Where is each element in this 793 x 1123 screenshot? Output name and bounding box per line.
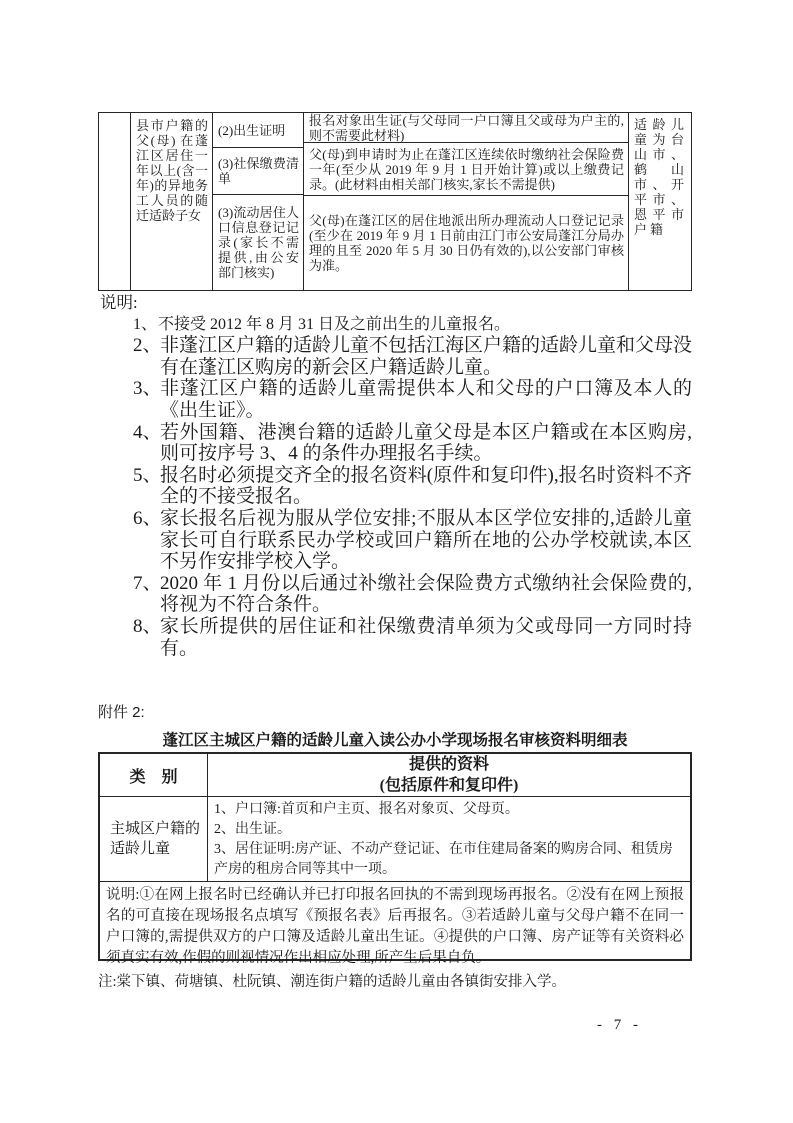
note-item-3: 3、 非蓬江区户籍的适龄儿童需提供本人和父母的户口簿及本人的《出生证》。 xyxy=(133,378,692,421)
material-item-3: 3、居住证明:房产证、不动产登记证、在市住建局备案的购房合同、租赁房产房的租房合… xyxy=(214,840,684,880)
attachment-2-footnote: 注:棠下镇、荷塘镇、杜阮镇、潮连街户籍的适龄儿童由各镇街安排入学。 xyxy=(98,972,692,992)
notes-section: 说明: 1、 不接受 2012 年 8 月 31 日及之前出生的儿童报名。 2、… xyxy=(100,292,692,659)
migrant-children-requirements-table: 县市户籍的父(母) 在蓬江区居住一年以上(含一年)的异地务工人员的随迁适龄子女 … xyxy=(98,112,692,291)
table1-category-cell: 县市户籍的父(母) 在蓬江区居住一年以上(含一年)的异地务工人员的随迁适龄子女 xyxy=(131,113,213,290)
table2-data-row: 主城区户籍的适龄儿童 1、户口簿:首页和户主页、报名对象页、父母页。 2、出生证… xyxy=(100,797,690,882)
attachment-2-label: 附件 2: xyxy=(98,703,692,723)
table2-remark-row: 说明:①在网上报名时已经确认并已打印报名回执的不需到现场再报名。②没有在网上预报… xyxy=(100,882,690,972)
table1-scope-text: 适龄儿童为台山市、鹤山市、开平市、恩平市户籍 xyxy=(634,117,687,237)
table2-category-cell: 主城区户籍的适龄儿童 xyxy=(100,797,208,881)
page-number: - 7 - xyxy=(597,1017,642,1034)
requirement-birth-certificate: 报名对象出生证(与父母同一户口簿且父或母为户主的,则不需要此材料) xyxy=(304,113,628,143)
note-item-5: 5、 报名时必须提交齐全的报名资料(原件和复印件),报名时资料不齐全的不接受报名… xyxy=(133,465,692,508)
table2-header-category: 类 别 xyxy=(100,754,208,796)
material-label-floating-population: (3)流动居住人口信息登记记录(家长不需提供,由公安部门核实) xyxy=(213,195,303,290)
note-item-4: 4、 若外国籍、港澳台籍的适龄儿童父母是本区户籍或在本区购房,则可按序号 3、4… xyxy=(133,422,692,465)
material-label-social-insurance: (3)社保缴费清单 xyxy=(213,148,303,195)
notes-heading: 说明: xyxy=(100,292,692,314)
table1-requirements-column: 报名对象出生证(与父母同一户口簿且父或母为户主的,则不需要此材料) 父(母)到申… xyxy=(304,113,629,290)
attachment-2-table-title: 蓬江区主城区户籍的适龄儿童入读公办小学现场报名审核资料明细表 xyxy=(98,730,692,752)
material-item-2: 2、出生证。 xyxy=(214,820,684,840)
requirement-social-insurance: 父(母)到申请时为止在蓬江区连续依时缴纳社会保险费一年(至少从 2019 年 9… xyxy=(304,143,628,196)
local-children-materials-table: 类 别 提供的资料 (包括原件和复印件) 主城区户籍的适龄儿童 1、户口簿:首页… xyxy=(98,752,692,961)
document-page: 县市户籍的父(母) 在蓬江区居住一年以上(含一年)的异地务工人员的随迁适龄子女 … xyxy=(0,0,793,1123)
table1-material-labels-column: (2)出生证明 (3)社保缴费清单 (3)流动居住人口信息登记记录(家长不需提供… xyxy=(213,113,304,290)
material-item-1: 1、户口簿:首页和户主页、报名对象页、父母页。 xyxy=(214,800,684,820)
note-item-1: 1、 不接受 2012 年 8 月 31 日及之前出生的儿童报名。 xyxy=(133,314,692,336)
attachment-2-section: 附件 2: 蓬江区主城区户籍的适龄儿童入读公办小学现场报名审核资料明细表 类 别… xyxy=(98,703,692,992)
table1-scope-cell: 适龄儿童为台山市、鹤山市、开平市、恩平市户籍 xyxy=(629,113,691,290)
note-item-2: 2、 非蓬江区户籍的适龄儿童不包括江海区户籍的适龄儿童和父母没有在蓬江区购房的新… xyxy=(133,335,692,378)
table2-header-row: 类 别 提供的资料 (包括原件和复印件) xyxy=(100,754,690,797)
material-label-birth-certificate: (2)出生证明 xyxy=(213,113,303,148)
table1-empty-column xyxy=(99,113,131,290)
note-item-8: 8、 家长所提供的居住证和社保缴费清单须为父或母同一方同时持有。 xyxy=(133,616,692,659)
table1-category-text: 县市户籍的父(母) 在蓬江区居住一年以上(含一年)的异地务工人员的随迁适龄子女 xyxy=(136,118,208,223)
note-item-6: 6、 家长报名后视为服从学位安排;不服从本区学位安排的,适龄儿童家长可自行联系民… xyxy=(133,508,692,573)
requirement-floating-population: 父(母)在蓬江区的居住地派出所办理流动人口登记记录(至少在 2019 年 9 月… xyxy=(304,196,628,290)
table2-materials-cell: 1、户口簿:首页和户主页、报名对象页、父母页。 2、出生证。 3、居住证明:房产… xyxy=(208,797,690,881)
table2-header-materials: 提供的资料 (包括原件和复印件) xyxy=(208,754,690,796)
note-item-7: 7、 2020 年 1 月份以后通过补缴社会保险费方式缴纳社会保险费的,将视为不… xyxy=(133,573,692,616)
